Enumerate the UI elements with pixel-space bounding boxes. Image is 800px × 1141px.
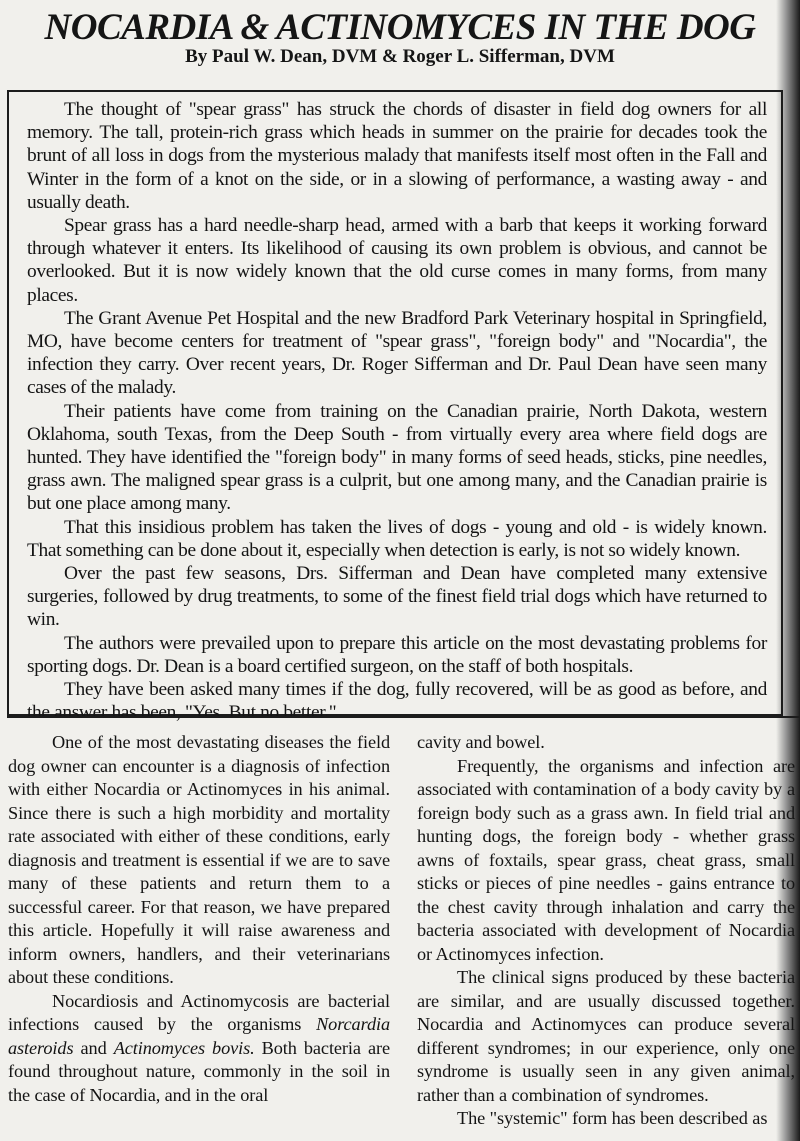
intro-box: The thought of "spear grass" has struck … <box>7 90 783 716</box>
body-paragraph: Frequently, the organisms and infection … <box>417 755 795 967</box>
text-span: and <box>73 1038 113 1058</box>
species-name: Actinomyces bovis. <box>114 1038 255 1058</box>
article-title: NOCARDIA & ACTINOMYCES IN THE DOG <box>0 6 800 49</box>
article-byline: By Paul W. Dean, DVM & Roger L. Sifferma… <box>0 46 800 68</box>
body-paragraph: Nocardiosis and Actinomycosis are bacter… <box>8 990 390 1108</box>
intro-paragraph: The thought of "spear grass" has struck … <box>27 98 767 214</box>
intro-paragraph: Their patients have come from training o… <box>27 400 767 516</box>
body-paragraph: One of the most devastating diseases the… <box>8 731 390 990</box>
body-paragraph-continued: cavity and bowel. <box>417 731 795 755</box>
body-column-right: cavity and bowel. Frequently, the organi… <box>417 731 795 1131</box>
intro-text: The thought of "spear grass" has struck … <box>27 98 767 724</box>
divider <box>7 716 800 718</box>
intro-paragraph: Spear grass has a hard needle-sharp head… <box>27 214 767 307</box>
intro-paragraph: The authors were prevailed upon to prepa… <box>27 632 767 678</box>
intro-paragraph: Over the past few seasons, Drs. Sifferma… <box>27 562 767 632</box>
intro-paragraph: That this insidious problem has taken th… <box>27 516 767 562</box>
body-column-left: One of the most devastating diseases the… <box>8 731 390 1107</box>
intro-paragraph: The Grant Avenue Pet Hospital and the ne… <box>27 307 767 400</box>
body-paragraph: The "systemic" form has been described a… <box>417 1107 795 1131</box>
body-paragraph: The clinical signs produced by these bac… <box>417 966 795 1107</box>
